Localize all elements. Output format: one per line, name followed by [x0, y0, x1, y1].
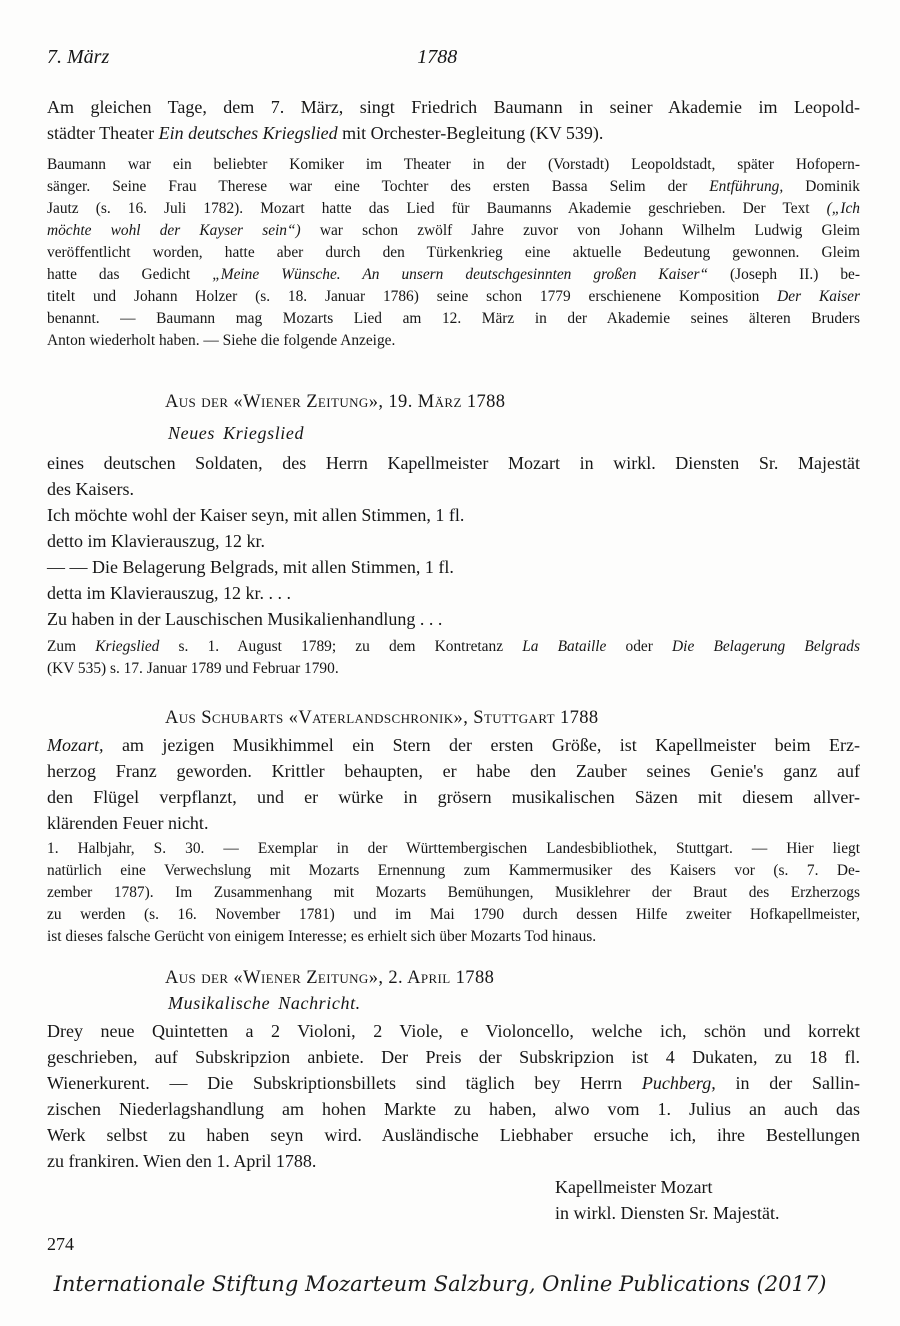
signature-block: Kapellmeister Mozart in wirkl. Diensten …: [555, 1174, 860, 1226]
intro-editorial-note: Baumann war ein beliebter Komiker im The…: [47, 154, 860, 352]
text-block: 7. März 1788 Am gleichen Tage, dem 7. Mä…: [47, 46, 860, 1226]
text-segment: Zum: [47, 638, 95, 655]
text-segment: („Ich: [827, 200, 860, 217]
running-header: 7. März 1788: [47, 46, 860, 72]
section-note-kriegslied: Zum Kriegslied s. 1. August 1789; zu dem…: [47, 636, 860, 680]
text-line: Werk selbst zu haben seyn wird. Ausländi…: [47, 1122, 860, 1148]
text-line: (KV 535) s. 17. Januar 1789 und Februar …: [47, 658, 860, 680]
text-line: zu werden (s. 16. November 1781) und im …: [47, 904, 860, 926]
text-segment: eines deutschen Soldaten, des Herrn Kape…: [47, 453, 860, 473]
text-segment: zischen Niederlagshandlung am hohen Mark…: [47, 1099, 860, 1119]
text-segment: Jautz (s. 16. Juli 1782). Mozart hatte d…: [47, 200, 827, 217]
text-segment: zember 1787). Im Zusammenhang mit Mozart…: [47, 884, 860, 901]
text-segment: s. 1. August 1789; zu dem Kontretanz: [159, 638, 522, 655]
text-segment: sänger. Seine Frau Therese war eine Toch…: [47, 178, 709, 195]
text-line: ist dieses falsche Gerücht von einigem I…: [47, 926, 860, 948]
text-segment: La Bataille: [522, 638, 606, 655]
text-segment: geschrieben, auf Subskripzion anbiete. D…: [47, 1047, 860, 1067]
publisher-attribution: Internationale Stiftung Mozarteum Salzbu…: [0, 1272, 880, 1296]
section-body-schubart: Mozart, am jezigen Musikhimmel ein Stern…: [47, 732, 860, 836]
text-segment: möchte wohl der Kayser sein“): [47, 222, 301, 239]
text-line: des Kaisers.: [47, 476, 860, 502]
section-body-kriegslied-anzeige: eines deutschen Soldaten, des Herrn Kape…: [47, 450, 860, 632]
text-segment: (Joseph II.) be-: [708, 266, 860, 283]
text-line: 1. Halbjahr, S. 30. — Exemplar in der Wü…: [47, 838, 860, 860]
text-segment: Die Belagerung Belgrads: [672, 638, 860, 655]
text-segment: Am gleichen Tage, dem 7. März, singt Fri…: [47, 97, 860, 117]
text-segment: „Meine Wünsche. An unsern deutschgesinnt…: [212, 266, 708, 283]
text-line: Baumann war ein beliebter Komiker im The…: [47, 154, 860, 176]
text-segment: städter Theater: [47, 123, 159, 143]
text-line: städter Theater Ein deutsches Kriegslied…: [47, 120, 860, 146]
text-segment: Dominik: [783, 178, 860, 195]
text-segment: Ich möchte wohl der Kaiser seyn, mit all…: [47, 505, 464, 525]
text-segment: in der Sallin-: [716, 1073, 860, 1093]
text-line: möchte wohl der Kayser sein“) war schon …: [47, 220, 860, 242]
section-subheading-neues-kriegslied: Neues Kriegslied: [47, 420, 860, 446]
text-line: veröffentlicht worden, hatte aber durch …: [47, 242, 860, 264]
text-segment: Anton wiederholt haben. — Siehe die folg…: [47, 332, 395, 349]
text-segment: (KV 535) s. 17. Januar 1789 und Februar …: [47, 660, 339, 677]
section-subheading-musikalische-nachricht: Musikalische Nachricht.: [47, 990, 860, 1016]
text-line: Wienerkurent. — Die Subskriptionsbillets…: [47, 1070, 860, 1096]
page-number: 274: [47, 1234, 74, 1255]
text-segment: Baumann war ein beliebter Komiker im The…: [47, 156, 860, 173]
signature-name: Kapellmeister Mozart: [555, 1174, 860, 1200]
text-segment: veröffentlicht worden, hatte aber durch …: [47, 244, 860, 261]
text-line: geschrieben, auf Subskripzion anbiete. D…: [47, 1044, 860, 1070]
text-segment: detta im Klavierauszug, 12 kr. . . .: [47, 583, 291, 603]
running-header-year: 1788: [417, 46, 457, 69]
text-line: herzog Franz geworden. Krittler behaupte…: [47, 758, 860, 784]
text-segment: Ein deutsches Kriegslied: [159, 123, 338, 143]
section-heading-wiener-zeitung-19-maerz: Aus der «Wiener Zeitung», 19. März 1788: [47, 390, 860, 414]
text-segment: detto im Klavierauszug, 12 kr.: [47, 531, 265, 551]
text-segment: mit Orchester-Begleitung (KV 539).: [338, 123, 604, 143]
text-line: zember 1787). Im Zusammenhang mit Mozart…: [47, 882, 860, 904]
text-line: natürlich eine Verwechslung mit Mozarts …: [47, 860, 860, 882]
text-segment: klärenden Feuer nicht.: [47, 813, 208, 833]
text-line: sänger. Seine Frau Therese war eine Toch…: [47, 176, 860, 198]
text-segment: zu werden (s. 16. November 1781) und im …: [47, 906, 860, 923]
text-line: titelt und Johann Holzer (s. 18. Januar …: [47, 286, 860, 308]
text-line: zu frankiren. Wien den 1. April 1788.: [47, 1148, 860, 1174]
intro-paragraph: Am gleichen Tage, dem 7. März, singt Fri…: [47, 94, 860, 146]
text-line: den Flügel verpflanzt, und er würke in g…: [47, 784, 860, 810]
text-line: Mozart, am jezigen Musikhimmel ein Stern…: [47, 732, 860, 758]
section-heading-wiener-zeitung-2-april: Aus der «Wiener Zeitung», 2. April 1788: [47, 966, 860, 990]
text-line: detta im Klavierauszug, 12 kr. . . .: [47, 580, 860, 606]
text-line: — — Die Belagerung Belgrads, mit allen S…: [47, 554, 860, 580]
text-segment: zu frankiren. Wien den 1. April 1788.: [47, 1151, 316, 1171]
text-segment: 1. Halbjahr, S. 30. — Exemplar in der Wü…: [47, 840, 860, 857]
text-line: hatte das Gedicht „Meine Wünsche. An uns…: [47, 264, 860, 286]
section-body-quintette-anzeige: Drey neue Quintetten a 2 Violoni, 2 Viol…: [47, 1018, 860, 1174]
text-line: detto im Klavierauszug, 12 kr.: [47, 528, 860, 554]
text-line: Am gleichen Tage, dem 7. März, singt Fri…: [47, 94, 860, 120]
text-line: Zu haben in der Lauschischen Musikalienh…: [47, 606, 860, 632]
text-line: Zum Kriegslied s. 1. August 1789; zu dem…: [47, 636, 860, 658]
text-segment: Puchberg,: [642, 1073, 716, 1093]
text-segment: oder: [606, 638, 672, 655]
section-heading-vaterlandschronik: Aus Schubarts «Vaterlandschronik», Stutt…: [47, 706, 860, 730]
text-segment: Zu haben in der Lauschischen Musikalienh…: [47, 609, 442, 629]
text-segment: benannt. — Baumann mag Mozarts Lied am 1…: [47, 310, 860, 327]
book-page: 7. März 1788 Am gleichen Tage, dem 7. Mä…: [0, 0, 900, 1326]
running-header-date: 7. März: [47, 46, 109, 68]
text-segment: Entführung,: [709, 178, 783, 195]
text-segment: — — Die Belagerung Belgrads, mit allen S…: [47, 557, 454, 577]
text-segment: Mozart,: [47, 735, 104, 755]
text-segment: ist dieses falsche Gerücht von einigem I…: [47, 928, 596, 945]
text-segment: Der Kaiser: [777, 288, 860, 305]
text-segment: titelt und Johann Holzer (s. 18. Januar …: [47, 288, 777, 305]
text-segment: des Kaisers.: [47, 479, 134, 499]
text-segment: Drey neue Quintetten a 2 Violoni, 2 Viol…: [47, 1021, 860, 1041]
section-note-schubart: 1. Halbjahr, S. 30. — Exemplar in der Wü…: [47, 838, 860, 948]
text-line: benannt. — Baumann mag Mozarts Lied am 1…: [47, 308, 860, 330]
text-line: Anton wiederholt haben. — Siehe die folg…: [47, 330, 860, 352]
text-line: eines deutschen Soldaten, des Herrn Kape…: [47, 450, 860, 476]
text-segment: herzog Franz geworden. Krittler behaupte…: [47, 761, 860, 781]
text-line: klärenden Feuer nicht.: [47, 810, 860, 836]
text-segment: Wienerkurent. — Die Subskriptionsbillets…: [47, 1073, 642, 1093]
text-segment: Werk selbst zu haben seyn wird. Ausländi…: [47, 1125, 860, 1145]
text-line: Ich möchte wohl der Kaiser seyn, mit all…: [47, 502, 860, 528]
text-segment: am jezigen Musikhimmel ein Stern der ers…: [104, 735, 860, 755]
text-segment: natürlich eine Verwechslung mit Mozarts …: [47, 862, 860, 879]
text-line: zischen Niederlagshandlung am hohen Mark…: [47, 1096, 860, 1122]
text-line: Drey neue Quintetten a 2 Violoni, 2 Viol…: [47, 1018, 860, 1044]
text-line: Jautz (s. 16. Juli 1782). Mozart hatte d…: [47, 198, 860, 220]
text-segment: hatte das Gedicht: [47, 266, 212, 283]
text-segment: Kriegslied: [95, 638, 159, 655]
text-segment: den Flügel verpflanzt, und er würke in g…: [47, 787, 860, 807]
text-segment: war schon zwölf Jahre zuvor von Johann W…: [301, 222, 860, 239]
signature-title: in wirkl. Diensten Sr. Majestät.: [555, 1200, 860, 1226]
